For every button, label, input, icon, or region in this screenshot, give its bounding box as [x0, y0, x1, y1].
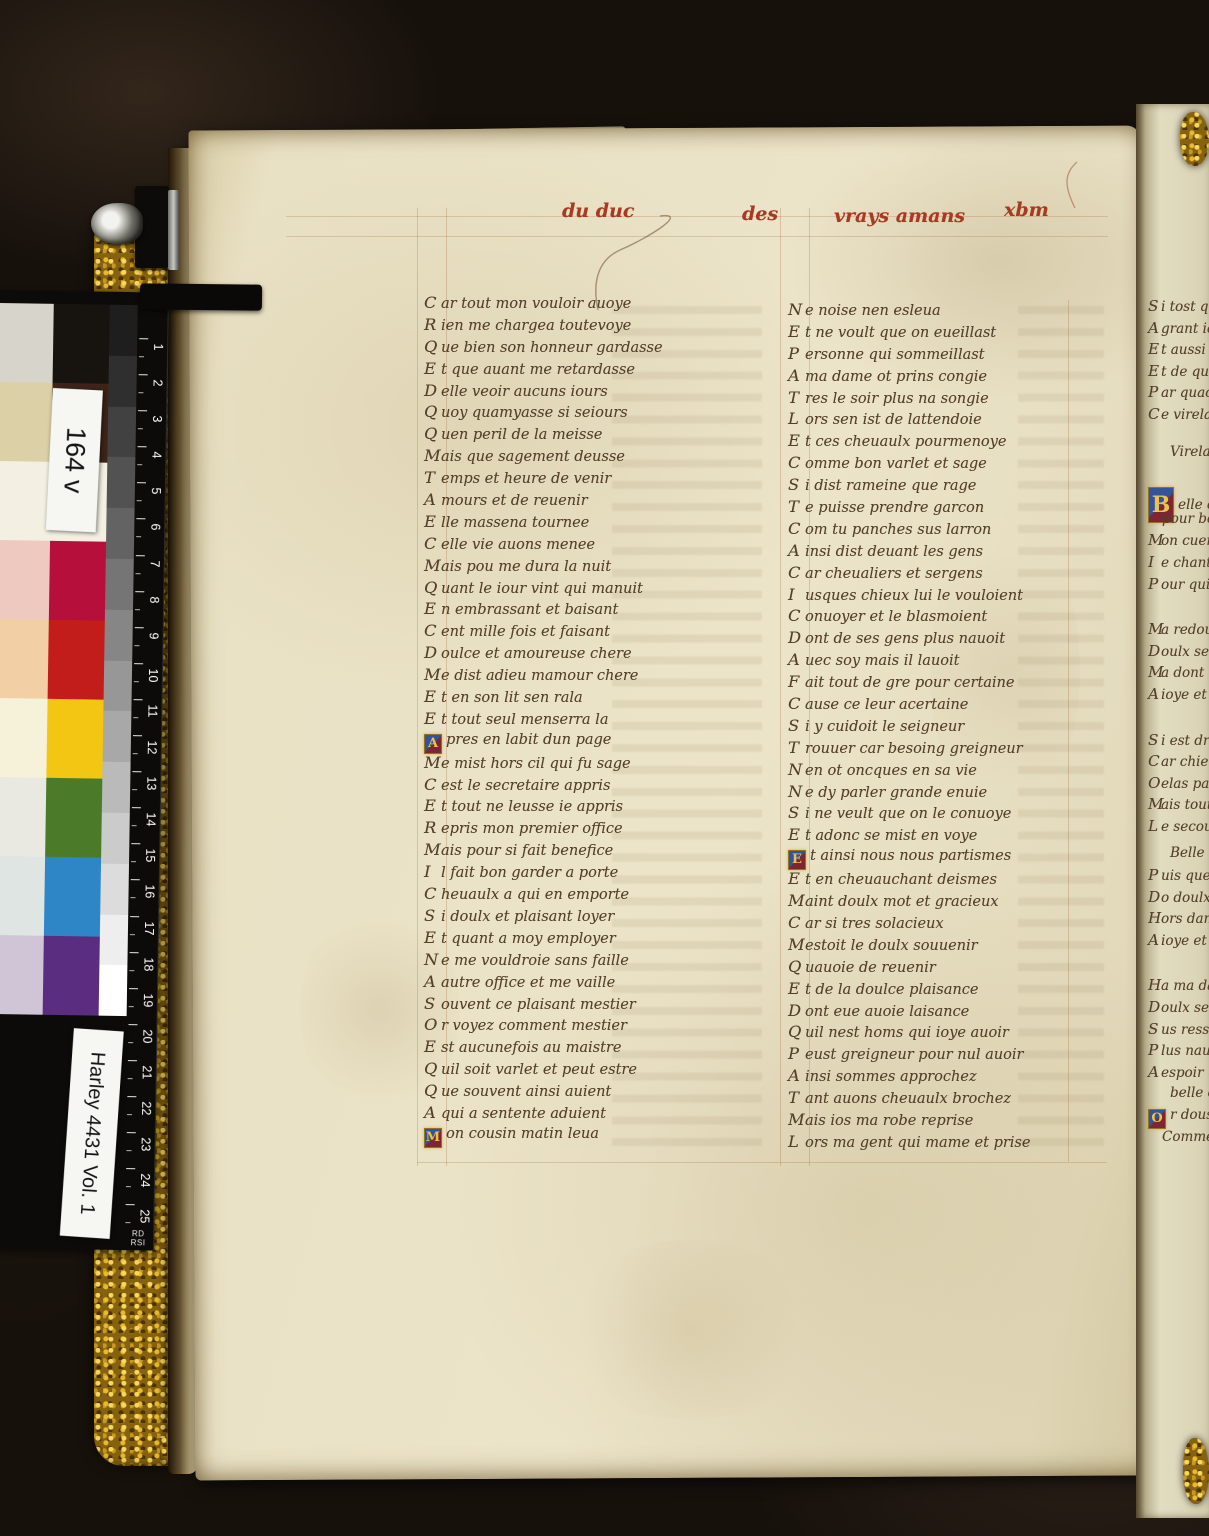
- initial-letter: A: [788, 540, 805, 562]
- verse-line: Me mist hors cil qui fu sage: [424, 752, 744, 774]
- color-patch-row: [0, 540, 106, 621]
- verse-line-fragment: Et aussi ioy: [1148, 339, 1208, 361]
- color-patch-row: [0, 619, 105, 700]
- initial-letter: I: [788, 584, 805, 606]
- verse-line: Quen peril de la meisse: [424, 423, 744, 445]
- verse-line: Ne me vouldroie sans faille: [424, 949, 744, 971]
- initial-letter: M: [424, 445, 441, 467]
- verse-line: Et ne voult que on eueillast: [788, 321, 1118, 343]
- verse-line: Car si tres solacieux: [788, 912, 1118, 934]
- section-heading: Virelay: [1170, 442, 1208, 464]
- initial-letter: D: [788, 1000, 805, 1022]
- metal-clip: [91, 203, 143, 244]
- initial-letter: O: [424, 1014, 441, 1036]
- initial-letter: E: [424, 795, 441, 817]
- ruling-line: [286, 216, 1108, 217]
- ruler-tick: 19: [126, 988, 157, 1025]
- initial-letter: M: [788, 890, 805, 912]
- next-page-text: Si tost queAgrant ioyEt aussi ioyEt de q…: [1148, 296, 1208, 1148]
- ruler-tick: 11: [131, 699, 162, 736]
- verse-line-fragment: Aioye et bie: [1148, 684, 1208, 706]
- initial-letter: R: [424, 314, 441, 336]
- verse-line: Et ainsi nous nous partismes: [788, 846, 1118, 868]
- initial-letter: D: [788, 627, 805, 649]
- initial-letter: E: [788, 430, 805, 452]
- ruler-tick: 22: [125, 1096, 156, 1133]
- verse-line-fragment: Agrant ioy: [1148, 318, 1208, 340]
- ruler-footer-label: RD RSI: [123, 1229, 153, 1247]
- initial-letter: N: [788, 759, 805, 781]
- verse-line-fragment: Ce virelay: [1148, 404, 1208, 426]
- verse-line: Trouuer car besoing greigneur: [788, 737, 1118, 759]
- verse-line-fragment: Doulx secou: [1148, 641, 1208, 663]
- verse-line-fragment: Ma dont ie f: [1148, 662, 1208, 684]
- verse-line: Souvent ce plaisant mestier: [424, 993, 744, 1015]
- verse-line-fragment: Ma redous m: [1148, 619, 1208, 641]
- binding-strap-bar: [168, 190, 179, 270]
- verse-line: Rien me chargea toutevoye: [424, 314, 744, 336]
- verse-line: Comme bon varlet et sage: [788, 452, 1118, 474]
- folio-label: 164 v: [46, 388, 103, 532]
- verse-line: Or voyez comment mestier: [424, 1014, 744, 1036]
- initial-letter: C: [788, 518, 805, 540]
- initial-letter: D: [424, 380, 441, 402]
- verse-line: Quauoie de reuenir: [788, 956, 1118, 978]
- verse-line: Que souvent ainsi auient: [424, 1080, 744, 1102]
- verse-line: Quil soit varlet et peut estre: [424, 1058, 744, 1080]
- running-title-left: du duc: [562, 200, 634, 222]
- ruler-tick: 17: [128, 916, 159, 953]
- verse-line: Ainsi dist deuant les gens: [788, 540, 1118, 562]
- verse-line: Que bien son honneur gardasse: [424, 336, 744, 358]
- initial-letter: S: [788, 802, 805, 824]
- ruler-tick: 8: [133, 591, 164, 628]
- ruler-tick: 7: [133, 555, 164, 592]
- initial-letter: T: [788, 496, 805, 518]
- verse-line: Quoy quamyasse si seiours: [424, 401, 744, 423]
- ruler-tick: 6: [134, 519, 165, 556]
- verse-line: Nen ot oncques en sa vie: [788, 759, 1118, 781]
- ruler-tick: 2: [136, 374, 167, 411]
- verse-line: Et ces cheuaulx pourmenoye: [788, 430, 1118, 452]
- ruler-tick: 12: [130, 735, 161, 772]
- initial-letter: T: [424, 467, 441, 489]
- ruling-line: [417, 208, 418, 1166]
- verse-line: En embrassant et baisant: [424, 598, 744, 620]
- verse-line-fragment: Sus ressour: [1148, 1019, 1208, 1041]
- ruling-line: [417, 1162, 1107, 1163]
- section-heading: Belle: [1170, 843, 1208, 865]
- verse-line-fragment: Car chiere: [1148, 751, 1208, 773]
- initial-letter: N: [424, 949, 441, 971]
- initial-letter: N: [788, 781, 805, 803]
- initial-letter: S: [788, 474, 805, 496]
- verse-line: Te puisse prendre garcon: [788, 496, 1118, 518]
- ruler-tick: 15: [129, 843, 160, 880]
- verse-line-fragment: Si est drois: [1148, 730, 1208, 752]
- initial-letter: M: [424, 752, 441, 774]
- verse-line: Ne dy parler grande enuie: [788, 781, 1118, 803]
- initial-letter: C: [788, 452, 805, 474]
- ruler-tick: 16: [128, 880, 159, 917]
- verse-line: Aautre office et me vaille: [424, 971, 744, 993]
- verse-line: Aqui a sentente aduient: [424, 1102, 744, 1124]
- verse-line: Ainsi sommes approchez: [788, 1065, 1118, 1087]
- verse-line: Tres le soir plus na songie: [788, 387, 1118, 409]
- initial-letter: Q: [424, 336, 441, 358]
- initial-letter: A: [424, 489, 441, 511]
- verse-line-fragment: Commen: [1162, 1127, 1208, 1149]
- initial-letter: M: [424, 664, 441, 686]
- ruler-tick: 10: [132, 663, 163, 700]
- verse-line: Amours et de reuenir: [424, 489, 744, 511]
- initial-letter: E: [424, 708, 441, 730]
- verse-line-fragment: Le secours q: [1148, 816, 1208, 838]
- verse-line-fragment: Pour qui to: [1148, 574, 1208, 596]
- initial-letter: T: [788, 737, 805, 759]
- illuminated-initial: M: [424, 1128, 442, 1148]
- initial-letter: N: [788, 299, 805, 321]
- ruling-line: [780, 208, 781, 1166]
- verse-line: Maint doulx mot et gracieux: [788, 890, 1118, 912]
- initial-letter: Q: [788, 1021, 805, 1043]
- initial-letter: A: [788, 649, 805, 671]
- verse-line: Mais ios ma robe reprise: [788, 1109, 1118, 1131]
- verse-line-fragment: Hors damuy: [1148, 908, 1208, 930]
- verse-line: Mais que sagement deusse: [424, 445, 744, 467]
- verse-line: Cest le secretaire appris: [424, 774, 744, 796]
- verse-line: Peust greigneur pour nul auoir: [788, 1043, 1118, 1065]
- verse-line: Est aucunefois au maistre: [424, 1036, 744, 1058]
- initial-letter: C: [424, 774, 441, 796]
- verse-line: Et que auant me retardasse: [424, 358, 744, 380]
- initial-letter: E: [424, 686, 441, 708]
- verse-line: Ama dame ot prins congie: [788, 365, 1118, 387]
- verse-line: Et de la doulce plaisance: [788, 978, 1118, 1000]
- initial-letter: F: [788, 671, 805, 693]
- initial-letter: A: [788, 365, 805, 387]
- initial-letter: C: [788, 562, 805, 584]
- initial-letter: L: [788, 1131, 805, 1153]
- verse-line: Mais pou me dura la nuit: [424, 555, 744, 577]
- initial-letter: E: [788, 321, 805, 343]
- initial-letter: M: [424, 555, 441, 577]
- verse-line: Si dist rameine que rage: [788, 474, 1118, 496]
- ruler-tick: 23: [124, 1132, 155, 1169]
- initial-letter: T: [788, 387, 805, 409]
- ruler-tick: 24: [124, 1168, 155, 1205]
- initial-letter: T: [788, 1087, 805, 1109]
- initial-letter: A: [424, 971, 441, 993]
- verse-line: Mon cousin matin leua: [424, 1124, 744, 1146]
- initial-letter: C: [424, 533, 441, 555]
- verse-line-fragment: Plus nauay: [1148, 1040, 1208, 1062]
- initial-letter: R: [424, 817, 441, 839]
- color-patch-row: [0, 777, 102, 858]
- ruler-tick: 4: [135, 446, 166, 483]
- initial-letter: M: [788, 1109, 805, 1131]
- initial-letter: P: [788, 1043, 805, 1065]
- verse-line: Apres en labit dun page: [424, 730, 744, 752]
- verse-line: Cheuaulx a qui en emporte: [424, 883, 744, 905]
- verse-line: Auec soy mais il lauoit: [788, 649, 1118, 671]
- verse-column-left: Car tout mon vouloir auoyeRien me charge…: [424, 292, 744, 1146]
- initial-letter: Q: [424, 577, 441, 599]
- verse-line-fragment: Ha ma dame: [1148, 975, 1208, 997]
- verse-line: Si ne veult que on le conuoye: [788, 802, 1118, 824]
- ruling-line: [286, 236, 1108, 237]
- color-patch-row: [0, 935, 100, 1016]
- ruler-tick: 9: [132, 627, 163, 664]
- initial-letter: C: [788, 605, 805, 627]
- verse-line: Et en cheuauchant deismes: [788, 868, 1118, 890]
- initial-letter: C: [424, 883, 441, 905]
- chart-clamp: [140, 283, 262, 310]
- initial-letter: M: [788, 934, 805, 956]
- verse-line: Si y cuidoit le seigneur: [788, 715, 1118, 737]
- verse-line: Car tout mon vouloir auoye: [424, 292, 744, 314]
- section-heading: belle ou e: [1170, 1083, 1208, 1105]
- verse-line: Et adonc se mist en voye: [788, 824, 1118, 846]
- initial-letter: E: [788, 868, 805, 890]
- verse-line: Ne noise nen esleua: [788, 299, 1118, 321]
- verse-line: Cause ce leur acertaine: [788, 693, 1118, 715]
- initial-letter: C: [424, 292, 441, 314]
- verse-line: Car cheualiers et sergens: [788, 562, 1118, 584]
- verse-line: Quil nest homs qui ioye auoir: [788, 1021, 1118, 1043]
- color-patch-row: [0, 856, 101, 937]
- verse-line: Quant le iour vint qui manuit: [424, 577, 744, 599]
- verse-line: Mais pour si fait benefice: [424, 839, 744, 861]
- initial-letter: M: [424, 839, 441, 861]
- gilt-cover-ornament: [1183, 1438, 1209, 1504]
- verse-line: Lors ma gent qui mame et prise: [788, 1131, 1118, 1153]
- initial-letter: Q: [788, 956, 805, 978]
- verse-line: Elle massena tournee: [424, 511, 744, 533]
- verse-line: Me dist adieu mamour chere: [424, 664, 744, 686]
- ruler-tick: 20: [126, 1024, 157, 1061]
- verse-line: Repris mon premier office: [424, 817, 744, 839]
- verse-line-fragment: Aespoir que b: [1148, 1062, 1208, 1084]
- verse-line: Dont de ses gens plus nauoit: [788, 627, 1118, 649]
- verse-line: Celle vie auons menee: [424, 533, 744, 555]
- verse-line-fragment: pour bo: [1162, 509, 1208, 531]
- initial-letter: S: [424, 993, 441, 1015]
- initial-letter: A: [788, 1065, 805, 1087]
- verse-line: Si doulx et plaisant loyer: [424, 905, 744, 927]
- ruler-tick: 1: [137, 338, 168, 375]
- verse-line: Personne qui sommeillast: [788, 343, 1118, 365]
- verse-line-fragment: Or dous a: [1148, 1105, 1208, 1127]
- running-title-mid: des: [742, 203, 778, 225]
- initial-letter: E: [424, 598, 441, 620]
- verse-line: Iusques chieux lui le vouloient: [788, 584, 1118, 606]
- initial-letter: Q: [424, 401, 441, 423]
- verse-line-fragment: Do doulx cue: [1148, 887, 1208, 909]
- initial-letter: D: [424, 642, 441, 664]
- initial-letter: I: [424, 861, 441, 883]
- verse-line-fragment: Mon cuer do: [1148, 530, 1208, 552]
- initial-letter: S: [424, 905, 441, 927]
- initial-letter: E: [424, 927, 441, 949]
- verse-line-fragment: Par quac: [1148, 382, 1208, 404]
- verse-line-fragment: Ie chante d: [1148, 552, 1208, 574]
- initial-letter: Q: [424, 1058, 441, 1080]
- verse-line: Temps et heure de venir: [424, 467, 744, 489]
- verse-line-fragment: Aioye et reco: [1148, 930, 1208, 952]
- initial-letter: A: [424, 1102, 441, 1124]
- verse-line: Et tout ne leusse ie appris: [424, 795, 744, 817]
- ruler-tick: 21: [125, 1060, 156, 1097]
- verse-column-right: Ne noise nen esleuaEt ne voult que on eu…: [788, 299, 1118, 1153]
- initial-letter: C: [788, 912, 805, 934]
- initial-letter: Q: [424, 423, 441, 445]
- ruler-tick: 14: [129, 807, 160, 844]
- running-title-right: vrays amans: [834, 205, 965, 227]
- verse-line: Tant auons cheuaulx brochez: [788, 1087, 1118, 1109]
- color-patch-row: [0, 303, 110, 384]
- initial-letter: S: [788, 715, 805, 737]
- verse-line-fragment: Belle ou c: [1148, 487, 1208, 509]
- ruler-tick: 3: [136, 410, 167, 447]
- verse-line: Fait tout de gre pour certaine: [788, 671, 1118, 693]
- initial-letter: E: [788, 824, 805, 846]
- initial-letter: C: [788, 693, 805, 715]
- verse-line: Et quant a moy employer: [424, 927, 744, 949]
- verse-line: Conuoyer et le blasmoient: [788, 605, 1118, 627]
- initial-letter: Q: [424, 1080, 441, 1102]
- initial-letter: C: [424, 620, 441, 642]
- verse-line: Cent mille fois et faisant: [424, 620, 744, 642]
- ruler-tick: 5: [134, 483, 165, 520]
- verse-line: Il fait bon garder a porte: [424, 861, 744, 883]
- verse-line-fragment: Mais tout m: [1148, 794, 1208, 816]
- color-patch-row: [0, 698, 104, 779]
- verse-line-fragment: Oelas par m: [1148, 773, 1208, 795]
- gilt-cover-ornament: [1180, 112, 1209, 166]
- initial-letter: E: [424, 358, 441, 380]
- photo-background: du duc des vrays amans xbm Car tout mon …: [0, 0, 1209, 1536]
- verse-line: Doulce et amoureuse chere: [424, 642, 744, 664]
- initial-letter: E: [424, 1036, 441, 1058]
- verse-line-fragment: Doulx secour: [1148, 997, 1208, 1019]
- verse-line: Mestoit le doulx souuenir: [788, 934, 1118, 956]
- color-calibration-chart: 1234567891011121314151617181920212223242…: [0, 290, 168, 1251]
- initial-letter: L: [788, 408, 805, 430]
- initial-letter: E: [788, 978, 805, 1000]
- verse-line: Et tout seul menserra la: [424, 708, 744, 730]
- verse-line: Delle veoir aucuns iours: [424, 380, 744, 402]
- verse-line: Et en son lit sen rala: [424, 686, 744, 708]
- verse-line-fragment: Puis que ma: [1148, 865, 1208, 887]
- initial-letter: P: [788, 343, 805, 365]
- verse-line-fragment: Si tost que: [1148, 296, 1208, 318]
- verse-line-fragment: Et de quant: [1148, 361, 1208, 383]
- ruler-tick: 13: [130, 771, 161, 808]
- running-title-numeral: xbm: [1004, 199, 1049, 221]
- initial-letter: E: [424, 511, 441, 533]
- next-page-edge: Si tost queAgrant ioyEt aussi ioyEt de q…: [1136, 104, 1209, 1518]
- verse-line: Lors sen ist de lattendoie: [788, 408, 1118, 430]
- ruler-tick: 18: [127, 952, 158, 989]
- verse-line: Com tu panches sus larron: [788, 518, 1118, 540]
- verse-line: Dont eue auoie laisance: [788, 1000, 1118, 1022]
